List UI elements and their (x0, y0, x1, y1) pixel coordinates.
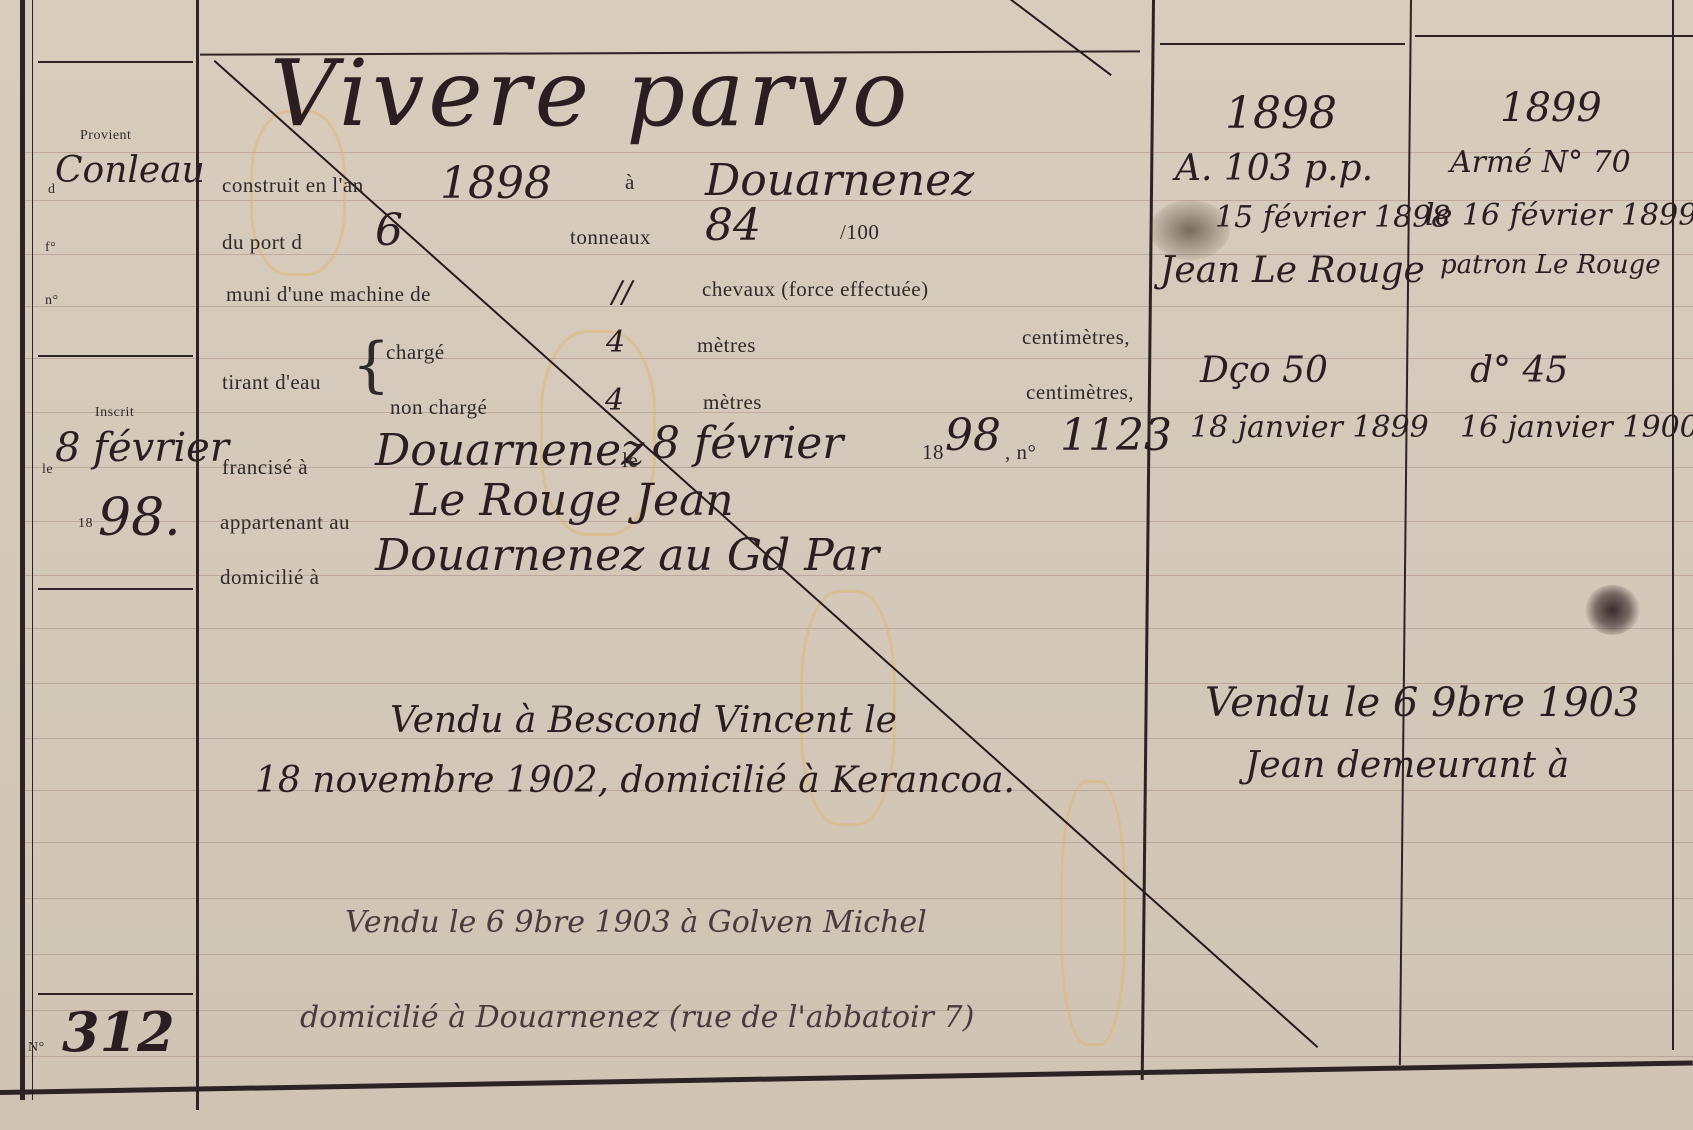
tirant-label: tirant d'eau (222, 370, 321, 395)
col-1898-line-4: Dço 50 (1200, 350, 1328, 391)
col-1898-line-5: 18 janvier 1899 (1190, 410, 1429, 445)
port-value: 6 (375, 205, 403, 256)
provient-value: Conleau (55, 150, 205, 191)
francise-label: francisé à (222, 455, 308, 480)
francise-year-suffix: 98 (945, 410, 1001, 461)
header-rule-col4 (1415, 35, 1693, 37)
n-label: n° (45, 293, 59, 309)
col-1899-line-4: d° 45 (1470, 350, 1568, 391)
register-page: Provient Conleau d f° n° Inscrit le 8 fé… (0, 0, 1693, 1130)
f-label: f° (45, 240, 56, 256)
le-label: le (42, 462, 53, 478)
sale-1-line-1: Vendu à Bescond Vincent le (390, 700, 897, 741)
sale-2-line-2: domicilié à Douarnenez (rue de l'abbatoi… (300, 1000, 974, 1035)
cancellation-strike-top (959, 0, 1112, 76)
left-rule-3 (38, 993, 193, 995)
francise-no-label: , n° (1005, 440, 1036, 465)
ship-name: Vivere parvo (270, 40, 911, 147)
charge-value: 4 (606, 325, 625, 360)
col-1898-line-2: 15 février 1898 (1215, 200, 1450, 235)
register-number: 312 (62, 1000, 175, 1064)
inscrit-year-prefix: 18 (78, 516, 93, 532)
header-rule-left (38, 61, 193, 63)
col-1899-year: 1899 (1500, 85, 1602, 131)
non-charge-metres-label: mètres (703, 390, 762, 415)
bottom-rule (0, 1060, 1693, 1095)
col-1898-line-1: A. 103 p.p. (1175, 148, 1373, 189)
left-border-thin (32, 0, 33, 1100)
tonneaux-label: tonneaux (570, 225, 651, 250)
charge-metres-label: mètres (697, 333, 756, 358)
col-1898-line-3: Jean Le Rouge (1160, 250, 1425, 291)
col-1899-line-1: Armé N° 70 (1450, 145, 1631, 180)
non-charge-label: non chargé (390, 395, 487, 420)
col-1899-line-5: 16 janvier 1900 (1460, 410, 1693, 445)
left-rule-1 (38, 355, 193, 357)
left-border (20, 0, 25, 1100)
inscrit-date: 8 février (55, 425, 229, 471)
charge-centimetres-label: centimètres, (1022, 325, 1130, 350)
ink-blot (1585, 585, 1640, 635)
col-1899-sale-line-1: Vendu le 6 9bre 1903 (1205, 680, 1639, 726)
construit-label: construit en l'an (222, 173, 364, 198)
francise-date: 8 février (652, 418, 843, 469)
charge-label: chargé (386, 340, 445, 365)
machine-value: // (612, 275, 632, 310)
construit-a-label: à (625, 170, 635, 195)
column-divider-3 (1399, 0, 1412, 1065)
francise-le-label: le (622, 448, 638, 473)
construit-year: 1898 (440, 158, 552, 209)
chevaux-label: chevaux (force effectuée) (702, 277, 929, 302)
left-rule-2 (38, 588, 193, 590)
column-divider-4 (1672, 0, 1674, 1050)
non-charge-centimetres-label: centimètres, (1026, 380, 1134, 405)
number-label: N° (28, 1040, 45, 1056)
francise-number: 1123 (1060, 410, 1172, 461)
non-charge-value: 4 (605, 383, 624, 418)
col-1899-sale-line-2: Jean demeurant à (1245, 745, 1569, 786)
domicile-label: domicilié à (220, 565, 319, 590)
domicile-value: Douarnenez au Gd Par (375, 530, 879, 581)
brace-icon: { (352, 330, 390, 400)
francise-year-prefix: 18 (922, 440, 944, 465)
construit-place: Douarnenez (705, 155, 974, 206)
header-rule-col3 (1160, 43, 1405, 45)
machine-label: muni d'une machine de (226, 282, 431, 307)
sale-2-line-1: Vendu le 6 9bre 1903 à Golven Michel (345, 905, 927, 940)
port-label: du port d (222, 230, 302, 255)
tonneaux-value: 84 (705, 200, 761, 251)
sale-1-line-2: 18 novembre 1902, domicilié à Kerancoa. (255, 760, 1015, 801)
inscrit-year-suffix: 98. (98, 488, 181, 548)
appartenant-label: appartenant au (220, 510, 350, 535)
owner-name: Le Rouge Jean (410, 475, 734, 526)
francise-place: Douarnenez (375, 425, 644, 476)
column-divider-2 (1141, 0, 1155, 1080)
provient-label: Provient (80, 128, 131, 144)
col-1898-year: 1898 (1225, 88, 1337, 139)
col-1899-line-2: le 16 février 1899 (1425, 198, 1693, 233)
d-label: d (48, 182, 56, 198)
inscrit-label: Inscrit (95, 405, 134, 421)
per100-label: /100 (840, 220, 879, 245)
col-1899-line-3: patron Le Rouge (1440, 250, 1661, 280)
